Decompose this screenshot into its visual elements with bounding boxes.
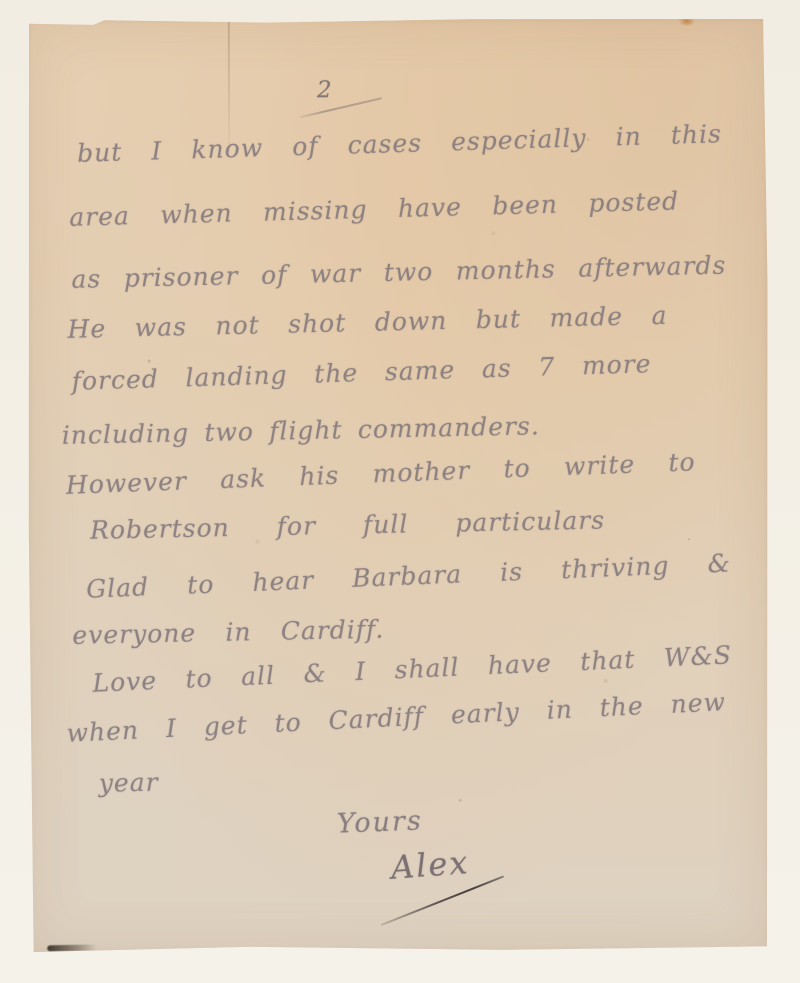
page-number-underline — [300, 97, 382, 118]
letter-line: area when missing have been posted — [69, 184, 680, 234]
paper-speck — [587, 138, 589, 140]
paper-speck — [459, 799, 462, 802]
letter-line: He was not shot down but made a — [67, 299, 668, 347]
letter-page: 2 but I know of cases especially in this… — [27, 18, 769, 953]
letter-line: Glad to hear Barbara is thriving & — [86, 546, 732, 606]
letter-line: forced landing the same as 7 more — [71, 347, 652, 399]
letter-line: everyone in Cardiff. — [72, 613, 385, 653]
letter-line: but I know of cases especially in this — [77, 117, 723, 171]
letter-photo: 2 but I know of cases especially in this… — [0, 0, 800, 983]
letter-signature: Alex — [390, 843, 471, 887]
letter-line: However ask his mother to write to — [65, 445, 696, 503]
letter-line: including two flight commanders. — [62, 409, 541, 453]
paper-speck — [148, 360, 151, 363]
paper-speck — [688, 538, 690, 540]
paper-crease — [228, 21, 230, 153]
ink-smudge — [47, 944, 99, 951]
letter-line: year — [98, 766, 158, 801]
rust-stain — [679, 16, 695, 26]
letter-closing: Yours — [336, 804, 423, 841]
page-number: 2 — [317, 76, 332, 104]
letter-line: as prisoner of war two months afterwards — [71, 249, 727, 297]
letter-line: Robertson for full particulars — [90, 503, 606, 547]
